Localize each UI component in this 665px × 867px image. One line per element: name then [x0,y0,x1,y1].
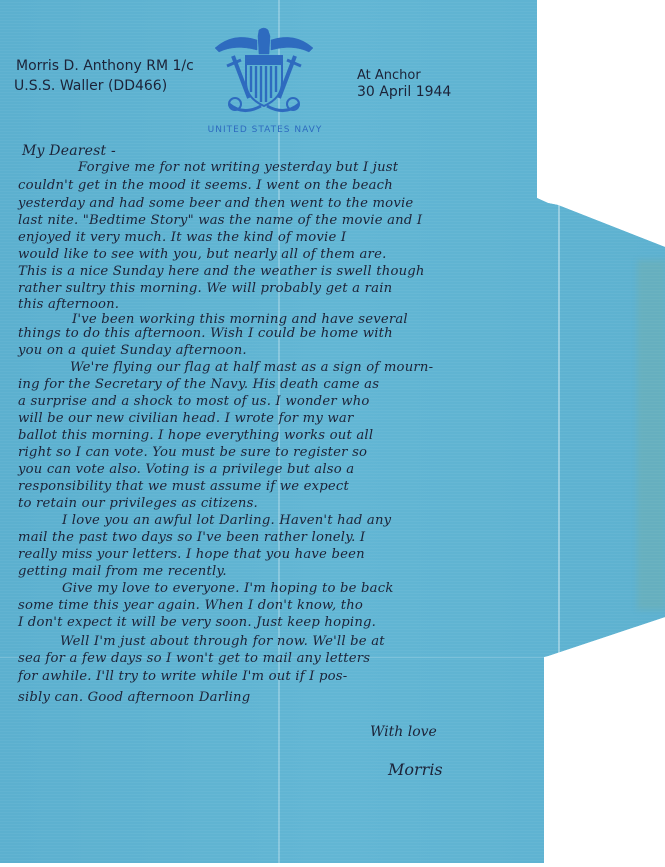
letter-closing: With love [370,724,437,740]
letter-line: last nite. "Bedtime Story" was the name … [18,213,422,228]
letter-line: getting mail from me recently. [18,564,227,579]
letter-signature: Morris [388,760,443,779]
letter-line: I love you an awful lot Darling. Haven't… [62,513,391,528]
sender-name: Morris D. Anthony RM 1/c [16,58,194,74]
letter-line: Give my love to everyone. I'm hoping to … [62,581,394,596]
letter-line: will be our new civilian head. I wrote f… [18,411,353,426]
letter-line: would like to see with you, but nearly a… [18,247,386,262]
sender-ship: U.S.S. Waller (DD466) [14,78,167,94]
letter-line: sea for a few days so I won't get to mai… [18,651,370,666]
letter-line: right so I can vote. You must be sure to… [18,445,367,460]
letter-line: mail the past two days so I've been rath… [18,530,365,545]
letterhead-org-label: UNITED STATES NAVY [200,125,330,135]
letter-line: a surprise and a shock to most of us. I … [18,394,370,409]
paper-stain [637,260,665,610]
letter-line: yesterday and had some beer and then wen… [18,196,413,211]
letter-line: to retain our privileges as citizens. [18,496,258,511]
letter-line: ing for the Secretary of the Navy. His d… [18,377,379,392]
letter-line: really miss your letters. I hope that yo… [18,547,365,562]
paper-flap-crease [558,205,560,655]
letter-line: rather sultry this morning. We will prob… [18,281,392,296]
salutation: My Dearest - [22,143,116,159]
letter-line: things to do this afternoon. Wish I coul… [18,326,393,341]
letter-line: I've been working this morning and have … [72,312,408,327]
letter-line: couldn't get in the mood it seems. I wen… [18,178,393,193]
letter-line: responsibility that we must assume if we… [18,479,349,494]
letter-line: Well I'm just about through for now. We'… [60,634,385,649]
letter-line: enjoyed it very much. It was the kind of… [18,230,346,245]
letter-line: sibly can. Good afternoon Darling [18,690,250,705]
letter-line: ballot this morning. I hope everything w… [18,428,373,443]
letter-line: for awhile. I'll try to write while I'm … [18,669,347,684]
dateline-date: 30 April 1944 [357,84,451,100]
dateline-location: At Anchor [357,68,421,83]
navy-emblem-icon [213,26,315,116]
letter-line: you on a quiet Sunday afternoon. [18,343,247,358]
letter-line: Forgive me for not writing yesterday but… [78,160,398,175]
letter-line: We're flying our flag at half mast as a … [70,360,433,375]
letter-line: you can vote also. Voting is a privilege… [18,462,354,477]
letter-line: I don't expect it will be very soon. Jus… [18,615,376,630]
letter-line: some time this year again. When I don't … [18,598,363,613]
letter-line: This is a nice Sunday here and the weath… [18,264,425,279]
letter-line: this afternoon. [18,297,119,312]
